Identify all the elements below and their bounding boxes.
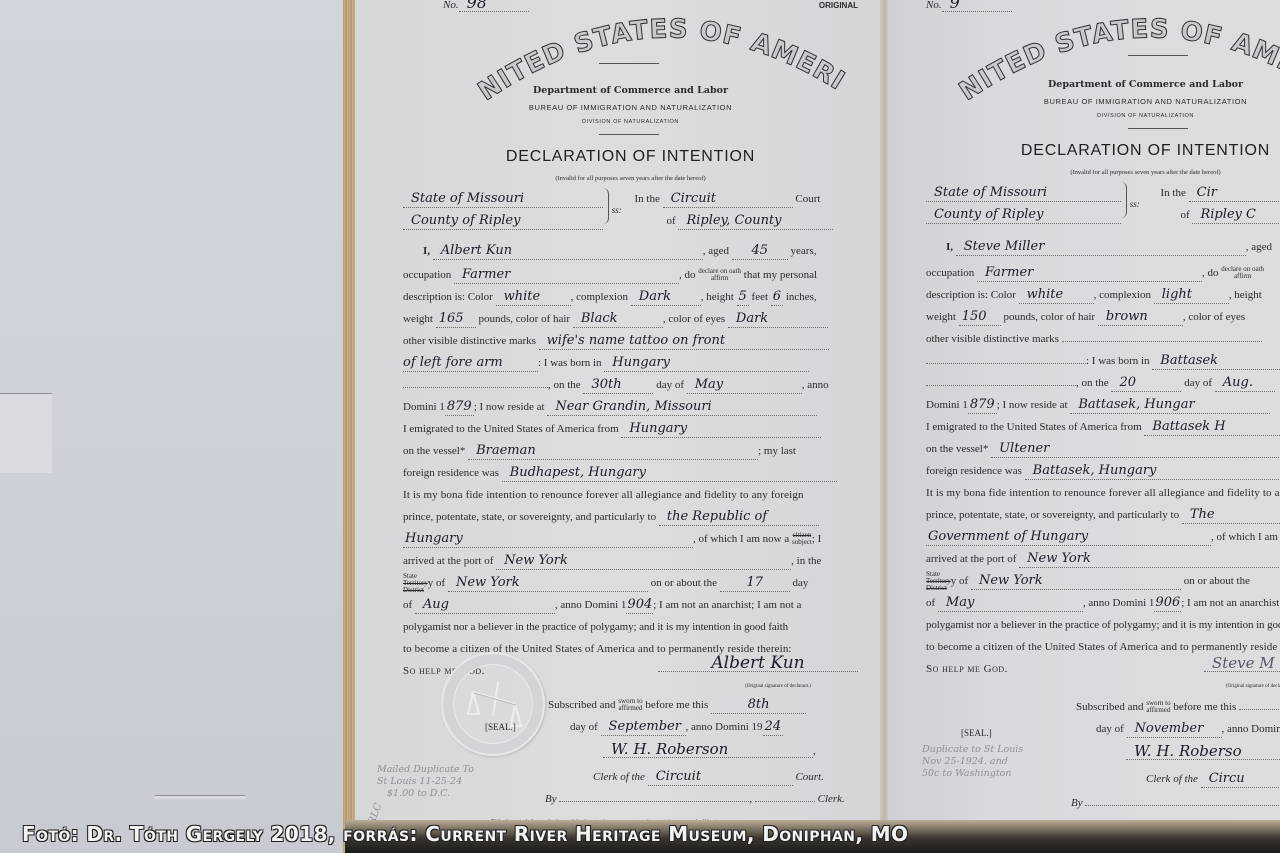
reside-label: ; I now reside at bbox=[474, 401, 545, 413]
day-of-label: day of bbox=[1096, 723, 1124, 735]
state-arrival-row: StateTerritoryDistricty of New York on o… bbox=[926, 570, 1280, 592]
margin-note: Mailed Duplicate To St Louis 11-25-24 $1… bbox=[377, 764, 474, 800]
page-title: DECLARATION OF INTENTION bbox=[403, 146, 858, 168]
sovereign-field-cont: Government of Hungary bbox=[926, 529, 1211, 546]
weight-label: weight bbox=[926, 311, 956, 323]
subscribed-label: Subscribed and bbox=[548, 699, 616, 711]
complexion-field: light bbox=[1154, 287, 1229, 304]
subtitle: (Invalid for all purposes seven years af… bbox=[918, 162, 1280, 184]
emigrated-label: I emigrated to the United States of Amer… bbox=[403, 423, 619, 435]
in-the-label: In the bbox=[1161, 187, 1186, 199]
port-field: New York bbox=[496, 553, 791, 570]
state-arrival-field: New York bbox=[448, 575, 648, 592]
seal-label: [SEAL.] bbox=[961, 722, 992, 744]
in-the-label: In the bbox=[635, 193, 660, 205]
divider bbox=[599, 63, 659, 64]
arrival-year-field: 904 bbox=[626, 597, 653, 614]
clerk-label: Clerk of the bbox=[1146, 773, 1198, 785]
sworn-month-field: September bbox=[601, 719, 686, 736]
brace bbox=[603, 188, 609, 224]
state-arrival-field: New York bbox=[971, 573, 1181, 590]
weight-field: 150 bbox=[959, 309, 1001, 326]
name-row: I, Albert Kun, aged 45 years, bbox=[403, 240, 858, 262]
of-label: of bbox=[667, 215, 676, 227]
arrival-day-field: 17 bbox=[720, 575, 790, 592]
sworn-affirmed: sworn toaffirmed bbox=[1146, 700, 1170, 714]
born-label: : I was born in bbox=[538, 357, 602, 369]
birthdate-row: , on the 20 day of Aug. bbox=[926, 372, 1280, 394]
paper-tear bbox=[155, 795, 245, 799]
before-me-label: before me this bbox=[645, 699, 708, 711]
birth-year-field: 879 bbox=[445, 399, 474, 416]
subscribed-row: Subscribed and sworn toaffirmed before m… bbox=[548, 694, 858, 716]
clerk-field bbox=[755, 801, 815, 802]
port-row: arrived at the port of New York, in the bbox=[403, 550, 858, 572]
residence-field: Near Grandin, Missouri bbox=[547, 399, 817, 416]
on-or-about-label: on or about the bbox=[651, 577, 717, 589]
by-field bbox=[1085, 805, 1280, 806]
declare-affirm: declare on oathaffirm bbox=[1221, 266, 1264, 280]
clerk-signature: W. H. Roberson bbox=[603, 741, 813, 758]
declarant-signature: Steve M bbox=[1204, 654, 1280, 676]
born-field: Hungary bbox=[604, 355, 809, 372]
divider bbox=[1128, 128, 1188, 129]
marks-field-cont: of left fore arm bbox=[403, 355, 538, 372]
on-the-label: , on the bbox=[548, 379, 581, 391]
state-territory-district: StateTerritoryDistrict bbox=[926, 571, 951, 592]
by-field bbox=[559, 801, 749, 802]
clerk-row: Clerk of the Circu bbox=[1146, 768, 1280, 790]
venue-block: State of Missouri County of Ripley ss: I… bbox=[926, 182, 1280, 226]
by-label: By bbox=[1071, 797, 1083, 809]
signature-value: Albert Kun bbox=[658, 655, 858, 672]
arrival-month-field: Aug bbox=[415, 597, 555, 614]
right-declaration-page: No.9 UNITED STATES OF AMERICA Department… bbox=[888, 0, 1280, 853]
day-of-label: day of bbox=[570, 721, 598, 733]
foreign-res-label: foreign residence was bbox=[926, 465, 1022, 477]
subject-row: Hungary, of which I am now a citizensubj… bbox=[403, 528, 858, 550]
birth-month-field: May bbox=[687, 377, 802, 394]
polygamist-text: polygamist nor a believer in the practic… bbox=[926, 614, 1280, 636]
marks-label: other visible distinctive marks bbox=[403, 335, 536, 347]
margin-note: Duplicate to St Louis Nov 25-1924. and 5… bbox=[922, 744, 1023, 780]
name-field: Steve Miller bbox=[956, 239, 1246, 256]
ss-label: ss: bbox=[1130, 199, 1140, 209]
residence-field: Battasek, Hungar bbox=[1070, 397, 1270, 414]
emigrated-row: I emigrated to the United States of Amer… bbox=[926, 416, 1280, 438]
of-which-label: , of which I am now a bbox=[693, 533, 789, 545]
orig-signature-label: (Original signature of declarant.) bbox=[1226, 676, 1280, 698]
port-label: arrived at the port of bbox=[403, 555, 493, 567]
prince-label: prince, potentate, state, or sovereignty… bbox=[403, 511, 656, 523]
sworn-date-row: day of September, anno Domini 1924 bbox=[570, 716, 860, 738]
subscribed-row: Subscribed and sworn toaffirmed before m… bbox=[1076, 696, 1280, 718]
paper-tear bbox=[0, 393, 52, 473]
bona-fide-text: It is my bona fide intention to renounce… bbox=[403, 484, 858, 506]
clerk-signature-row: W. H. Roberson, bbox=[603, 740, 833, 762]
arrival-year-field: 906 bbox=[1154, 595, 1181, 612]
page-title: DECLARATION OF INTENTION bbox=[918, 140, 1280, 162]
birth-year-field: 879 bbox=[968, 397, 997, 414]
by-row: By bbox=[1071, 792, 1280, 814]
clerk-end-label: Clerk. bbox=[818, 793, 845, 805]
eyes-field: Dark bbox=[728, 311, 828, 328]
foreign-residence-row: foreign residence was Budhapest, Hungary bbox=[403, 462, 858, 484]
anno-domini-label: , anno Domini 1 bbox=[1083, 597, 1155, 609]
born-field: Battasek bbox=[1152, 353, 1280, 370]
color-field: white bbox=[1019, 287, 1094, 304]
court-end-label: Court. bbox=[795, 771, 823, 783]
clerk-label: Clerk of the bbox=[593, 771, 645, 783]
sworn-year-field: 24 bbox=[763, 719, 784, 736]
county-field: County of Ripley bbox=[926, 207, 1121, 224]
do-label: , do bbox=[679, 269, 696, 281]
aged-label: , aged bbox=[703, 245, 729, 257]
subtitle: (Invalid for all purposes seven years af… bbox=[403, 168, 858, 190]
left-declaration-page: No.98 ORIGINAL UNITED STATES OF AMERICA … bbox=[355, 0, 885, 853]
hair-field: brown bbox=[1098, 309, 1183, 326]
color-label: description is: Color bbox=[926, 289, 1016, 301]
born-row: : I was born in Battasek bbox=[926, 350, 1280, 372]
divider bbox=[1128, 55, 1188, 56]
name-field: Albert Kun bbox=[433, 243, 703, 260]
birth-month-field: Aug. bbox=[1215, 375, 1275, 392]
by-row: By , Clerk. bbox=[545, 788, 858, 810]
reside-label: ; I now reside at bbox=[997, 399, 1068, 411]
sovereign-field: the Republic of bbox=[659, 509, 819, 526]
clerk-row: Clerk of the Circuit Court. bbox=[593, 766, 858, 788]
sworn-date-row: day of November, anno Domini 19 bbox=[1096, 718, 1280, 740]
occupation-label: occupation bbox=[926, 267, 974, 279]
domini-label: Domini bbox=[926, 399, 960, 411]
emigrated-field: Hungary bbox=[621, 421, 821, 438]
court-of-field: Ripley C bbox=[1192, 207, 1280, 224]
inches-label: inches, bbox=[786, 291, 817, 303]
seal-label: [SEAL.] bbox=[485, 716, 516, 738]
born-label: : I was born in bbox=[1086, 355, 1150, 367]
subscribed-label: Subscribed and bbox=[1076, 701, 1144, 713]
eyes-label: , color of eyes bbox=[663, 313, 725, 325]
on-or-about-label: on or about the bbox=[1184, 575, 1250, 587]
anno-domini-label: , anno Domini 19 bbox=[1222, 723, 1280, 735]
blank-line bbox=[403, 387, 548, 388]
hair-label: pounds, color of hair bbox=[478, 313, 570, 325]
in-the-end-label: , in the bbox=[791, 555, 821, 567]
vessel-label: on the vessel* bbox=[926, 443, 988, 455]
port-row: arrived at the port of New York bbox=[926, 548, 1280, 570]
emigrated-label: I emigrated to the United States of Amer… bbox=[926, 421, 1142, 433]
residence-row: Domini 1879; I now reside at Near Grandi… bbox=[403, 396, 858, 418]
domini-label: Domini bbox=[403, 401, 437, 413]
occupation-row: occupation Farmer, do declare on oathaff… bbox=[403, 264, 858, 286]
book-edge bbox=[343, 0, 355, 853]
marks-field bbox=[1062, 341, 1262, 342]
y-of-label: y of bbox=[428, 577, 445, 589]
complexion-label: , complexion bbox=[571, 291, 628, 303]
clerk-signature-row: W. H. Roberso bbox=[1126, 742, 1280, 764]
bona-fide-text: It is my bona fide intention to renounce… bbox=[926, 482, 1280, 504]
marks-label: other visible distinctive marks bbox=[926, 333, 1059, 345]
court-of-field: Ripley, County bbox=[678, 213, 833, 230]
court-field: Circuit bbox=[663, 191, 793, 208]
description-row: description is: Color white, complexion … bbox=[403, 286, 858, 308]
vessel-field: Ultener bbox=[991, 441, 1280, 458]
brace bbox=[1121, 182, 1127, 218]
sovereign-field: The bbox=[1182, 507, 1280, 524]
vessel-field: Braeman bbox=[468, 443, 758, 460]
foreign-residence-row: foreign residence was Battasek, Hungary bbox=[926, 460, 1280, 482]
height-label: , height bbox=[701, 291, 734, 303]
i-label: I, bbox=[403, 245, 430, 257]
anno-domini-label: , anno Domini 1 bbox=[555, 599, 627, 611]
port-label: arrived at the port of bbox=[926, 553, 1016, 565]
on-the-label: , on the bbox=[1076, 377, 1109, 389]
arrival-month-field: May bbox=[938, 595, 1083, 612]
residence-row: Domini 1879; I now reside at Battasek, H… bbox=[926, 394, 1280, 416]
personal-label: that my personal bbox=[744, 269, 817, 281]
division-label: DIVISION OF NATURALIZATION bbox=[918, 105, 1280, 127]
weight-row: weight 150 pounds, color of hair brown, … bbox=[926, 306, 1280, 328]
day-label: day bbox=[793, 577, 809, 589]
arrival-date-row: of May, anno Domini 1906; I am not an an… bbox=[926, 592, 1280, 614]
birth-day-field: 30th bbox=[583, 377, 653, 394]
occupation-label: occupation bbox=[403, 269, 451, 281]
vessel-label: on the vessel* bbox=[403, 445, 465, 457]
born-row: of left fore arm: I was born in Hungary bbox=[403, 352, 858, 374]
do-label: , do bbox=[1202, 267, 1219, 279]
occupation-row: occupation Farmer, do declare on oathaff… bbox=[926, 262, 1280, 284]
no-label: No. bbox=[443, 0, 459, 11]
day-of-label: day of bbox=[1184, 377, 1212, 389]
signature-value: Steve M bbox=[1204, 655, 1280, 672]
of-label: of bbox=[403, 599, 412, 611]
sworn-affirmed: sworn toaffirmed bbox=[618, 698, 642, 712]
complexion-label: , complexion bbox=[1094, 289, 1151, 301]
description-row: description is: Color white, complexion … bbox=[926, 284, 1280, 306]
occupation-field: Farmer bbox=[454, 267, 679, 284]
court-label: Court bbox=[795, 193, 820, 205]
clerk-signature: W. H. Roberso bbox=[1126, 743, 1280, 760]
my-last-label: ; my last bbox=[758, 445, 796, 457]
weight-label: weight bbox=[403, 313, 433, 325]
inches-field: 6 bbox=[771, 289, 783, 306]
county-field: County of Ripley bbox=[403, 213, 603, 230]
foreign-res-label: foreign residence was bbox=[403, 467, 499, 479]
declarant-signature: Albert Kun bbox=[658, 654, 858, 676]
y-of-label: y of bbox=[951, 575, 968, 587]
prince-row: prince, potentate, state, or sovereignty… bbox=[926, 504, 1280, 526]
emigrated-field: Battasek H bbox=[1144, 419, 1280, 436]
venue-block: State of Missouri County of Ripley ss: I… bbox=[403, 188, 858, 232]
subject-row: Government of Hungary, of which I am now… bbox=[926, 526, 1280, 548]
state-field: State of Missouri bbox=[403, 191, 603, 208]
color-label: description is: Color bbox=[403, 291, 493, 303]
clerk-court-field: Circuit bbox=[648, 769, 793, 786]
emigrated-row: I emigrated to the United States of Amer… bbox=[403, 418, 858, 440]
anno-domini-label: , anno Domini 19 bbox=[686, 721, 763, 733]
marks-row: other visible distinctive marks bbox=[926, 328, 1280, 350]
ss-label: ss: bbox=[612, 205, 622, 215]
day-of-label: day of bbox=[656, 379, 684, 391]
marks-field: wife's name tattoo on front bbox=[539, 333, 829, 350]
embossed-seal bbox=[441, 652, 545, 756]
eyes-label: , color of eyes bbox=[1183, 311, 1245, 323]
anarchist-label: ; I am not an anarchist; I am not a bbox=[1181, 597, 1280, 609]
height-label: , height bbox=[1229, 289, 1262, 301]
complexion-field: Dark bbox=[631, 289, 701, 306]
age-field: 45 bbox=[732, 243, 788, 260]
photo-credit-text: Fotó: Dr. Tóth Gergely 2018, forrás: Cur… bbox=[22, 822, 908, 846]
weight-field: 165 bbox=[436, 311, 476, 328]
sworn-day-field: 8th bbox=[711, 697, 806, 714]
semicolon-label: ; I bbox=[812, 533, 821, 545]
state-field: State of Missouri bbox=[926, 185, 1121, 202]
by-label: By bbox=[545, 793, 557, 805]
marks-field-cont bbox=[926, 363, 1086, 364]
feet-field: 5 bbox=[737, 289, 749, 306]
prince-row: prince, potentate, state, or sovereignty… bbox=[403, 506, 858, 528]
vessel-row: on the vessel* Ultener bbox=[926, 438, 1280, 460]
occupation-field: Farmer bbox=[977, 265, 1202, 282]
birth-day-field: 20 bbox=[1111, 375, 1181, 392]
hair-field: Black bbox=[573, 311, 663, 328]
anarchist-label: ; I am not an anarchist; I am not a bbox=[653, 599, 801, 611]
citizen-subject: citizensubject bbox=[792, 532, 812, 546]
before-me-label: before me this bbox=[1173, 701, 1236, 713]
foreign-res-field: Battasek, Hungary bbox=[1025, 463, 1280, 480]
court-field: Cir bbox=[1189, 185, 1280, 202]
marks-row: other visible distinctive marks wife's n… bbox=[403, 330, 858, 352]
sovereign-field-cont: Hungary bbox=[403, 531, 693, 548]
state-territory-district: StateTerritoryDistrict bbox=[403, 573, 428, 594]
foreign-res-field: Budhapest, Hungary bbox=[502, 465, 837, 482]
clerk-court-field: Circu bbox=[1201, 771, 1280, 788]
i-label: I, bbox=[926, 241, 953, 253]
scales-icon bbox=[443, 654, 543, 754]
photo-credit-overlay: Fotó: Dr. Tóth Gergely 2018, forrás: Cur… bbox=[0, 820, 1280, 853]
color-field: white bbox=[496, 289, 571, 306]
state-arrival-row: StateTerritoryDistricty of New York on o… bbox=[403, 572, 858, 594]
of-label: of bbox=[926, 597, 935, 609]
of-which-label: , of which I am now a bbox=[1211, 531, 1280, 543]
sworn-day-field bbox=[1239, 709, 1279, 710]
hair-label: pounds, color of hair bbox=[1003, 311, 1095, 323]
no-label: No. bbox=[926, 0, 942, 11]
port-field: New York bbox=[1019, 551, 1280, 568]
years-label: years, bbox=[791, 245, 817, 257]
prince-label: prince, potentate, state, or sovereignty… bbox=[926, 509, 1179, 521]
birthdate-row: , on the 30th day of May, anno bbox=[403, 374, 858, 396]
declare-affirm: declare on oathaffirm bbox=[698, 268, 741, 282]
polygamist-text: polygamist nor a believer in the practic… bbox=[403, 616, 858, 638]
sworn-month-field: November bbox=[1127, 721, 1222, 738]
vessel-row: on the vessel* Braeman; my last bbox=[403, 440, 858, 462]
blank-line bbox=[926, 385, 1076, 386]
feet-label: feet bbox=[752, 291, 768, 303]
divider bbox=[599, 134, 659, 135]
name-row: I, Steve Miller, aged bbox=[926, 236, 1280, 258]
weight-row: weight 165 pounds, color of hair Black, … bbox=[403, 308, 858, 330]
aged-label: , aged bbox=[1246, 241, 1272, 253]
arrival-date-row: of Aug, anno Domini 1904; I am not an an… bbox=[403, 594, 858, 616]
of-label: of bbox=[1181, 209, 1190, 221]
division-label: DIVISION OF NATURALIZATION bbox=[403, 111, 858, 133]
anno-label: , anno bbox=[802, 379, 829, 391]
